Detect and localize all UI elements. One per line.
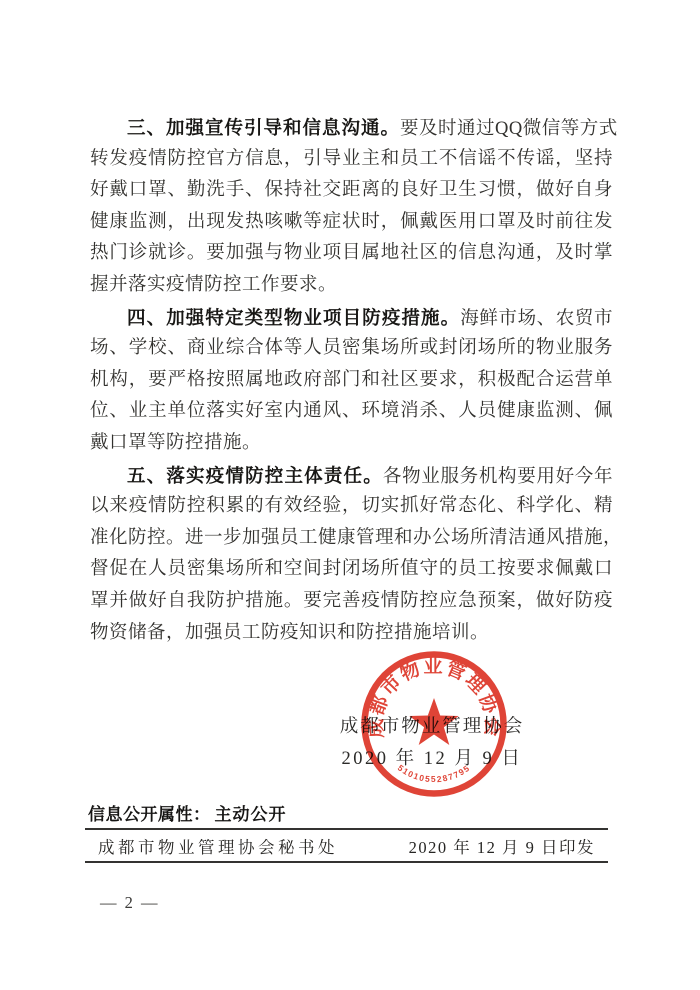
paragraph-text: 要及时通过QQ微信等方式 [400,119,618,139]
paragraph-text: 海鲜市场、农贸市 [460,309,613,329]
body-line: 场、学校、商业综合体等人员密集场所或封闭场所的物业服务 [90,333,613,365]
paragraph-heading: 三、加强宣传引导和信息沟通。 [127,117,400,138]
page-number: — 2 — [100,893,160,913]
body-line: 戴口罩等防控措施。 [90,428,613,460]
signature-org: 成都市物业管理协会 [262,712,602,742]
body-line: 好戴口罩、勤洗手、保持社交距离的良好卫生习惯，做好自身 [90,175,613,207]
body-line: 健康监测，出现发热咳嗽等症状时，佩戴医用口罩及时前往发 [90,207,613,239]
body-line: 机构，要严格按照属地政府部门和社区要求，积极配合运营单 [90,365,613,397]
body-line: 准化防控。进一步加强员工健康管理和办公场所清洁通风措施， [90,523,613,555]
signature-date: 2020 年 12 月 9 日 [262,744,602,774]
document-page: 三、加强宣传引导和信息沟通。要及时通过QQ微信等方式转发疫情防控官方信息，引导业… [0,0,700,990]
disclosure-value: 主动公开 [215,805,287,824]
document-body: 三、加强宣传引导和信息沟通。要及时通过QQ微信等方式转发疫情防控官方信息，引导业… [90,112,613,649]
body-line: 督促在人员密集场所和空间封闭场所值守的员工按要求佩戴口 [90,554,613,586]
paragraph-heading: 五、落实疫情防控主体责任。 [127,465,383,486]
body-line: 物资储备，加强员工防疫知识和防控措施培训。 [90,618,613,650]
body-line: 五、落实疫情防控主体责任。各物业服务机构要用好今年 [90,460,613,492]
footer-rule-bottom [85,861,608,863]
body-line: 罩并做好自我防护措施。要完善疫情防控应急预案，做好防疫 [90,586,613,618]
disclosure-label: 信息公开属性： [88,805,211,824]
paragraph-text: 各物业服务机构要用好今年 [383,467,613,487]
body-line: 位、业主单位落实好室内通风、环境消杀、人员健康监测、佩 [90,396,613,428]
issuer-name: 成都市物业管理协会秘书处 [85,836,338,860]
body-line: 热门诊就诊。要加强与物业项目属地社区的信息沟通，及时掌 [90,238,613,270]
footer-rule-top [85,828,608,830]
body-line: 以来疫情防控积累的有效经验，切实抓好常态化、科学化、精 [90,491,613,523]
disclosure-line: 信息公开属性：主动公开 [88,800,287,825]
body-line: 握并落实疫情防控工作要求。 [90,270,613,302]
signature-block: 成都市物业管理协会 2020 年 12 月 9 日 [262,712,602,774]
body-line: 四、加强特定类型物业项目防疫措施。海鲜市场、农贸市 [90,302,613,334]
body-line: 转发疫情防控官方信息，引导业主和员工不信谣不传谣，坚持 [90,144,613,176]
print-date: 2020 年 12 月 9 日印发 [409,836,608,860]
body-line: 三、加强宣传引导和信息沟通。要及时通过QQ微信等方式 [90,112,613,144]
paragraph-heading: 四、加强特定类型物业项目防疫措施。 [127,307,460,328]
issuer-row: 成都市物业管理协会秘书处 2020 年 12 月 9 日印发 [85,836,608,860]
